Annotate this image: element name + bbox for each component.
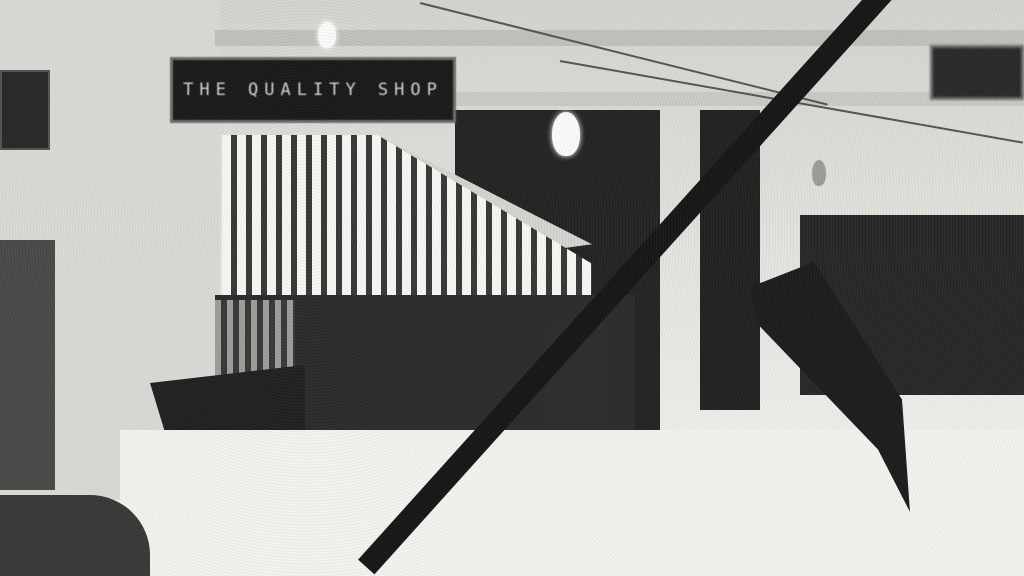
photo-scene: THE QUALITY SHOP: [0, 0, 1024, 576]
utility-pole: [0, 0, 1024, 576]
